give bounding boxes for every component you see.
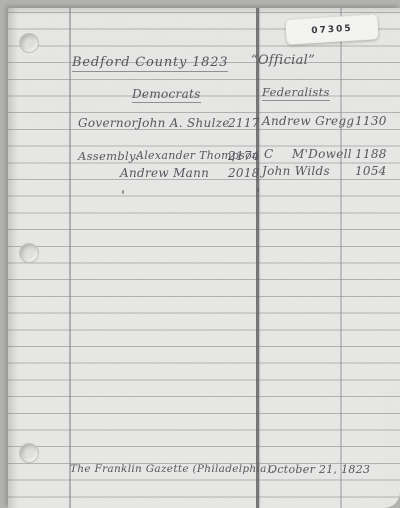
catalog-number: 07305 <box>311 23 353 36</box>
punch-hole-top <box>19 33 39 53</box>
democrat-vote-count: 2174 <box>228 149 260 163</box>
page-title: Bedford County 1823 <box>72 55 228 72</box>
federalist-candidate-name: Andrew Gregg <box>262 114 354 128</box>
punch-hole-middle <box>19 243 39 263</box>
right-column-line <box>340 8 342 508</box>
federalist-candidate-name: M'Dowell <box>292 147 352 161</box>
punch-hole-bottom <box>19 443 39 463</box>
citation-date: October 21, 1823 <box>268 463 370 476</box>
democrat-vote-count: 2117 <box>228 116 260 130</box>
democrat-vote-count: 2018 <box>228 166 260 180</box>
democrat-candidate-name: Andrew Mann <box>120 166 209 180</box>
federalist-candidate-name: John Wilds <box>262 164 330 178</box>
scanned-page: 07305 Bedford County 1823 “Official” Dem… <box>0 0 400 508</box>
margin-line <box>69 8 71 508</box>
federalist-vote-count: 1130 <box>355 114 387 128</box>
office-label-governor: Governor: <box>78 116 142 130</box>
column-header-federalists: Federalists <box>262 85 330 101</box>
column-header-democrats: Democrats <box>132 87 201 103</box>
federalist-vote-count: 1188 <box>355 147 387 161</box>
center-divider-line <box>256 8 259 508</box>
notebook-paper: 07305 Bedford County 1823 “Official” Dem… <box>8 8 400 508</box>
democrat-candidate-name: John A. Shulze <box>137 116 230 130</box>
federalist-vote-count: 1054 <box>355 164 387 178</box>
citation-source: The Franklin Gazette (Philadelphia). <box>70 463 275 475</box>
official-note: “Official” <box>251 53 315 68</box>
federalist-candidate-initial: C <box>264 147 273 161</box>
office-label-assembly: Assembly: <box>78 149 140 163</box>
